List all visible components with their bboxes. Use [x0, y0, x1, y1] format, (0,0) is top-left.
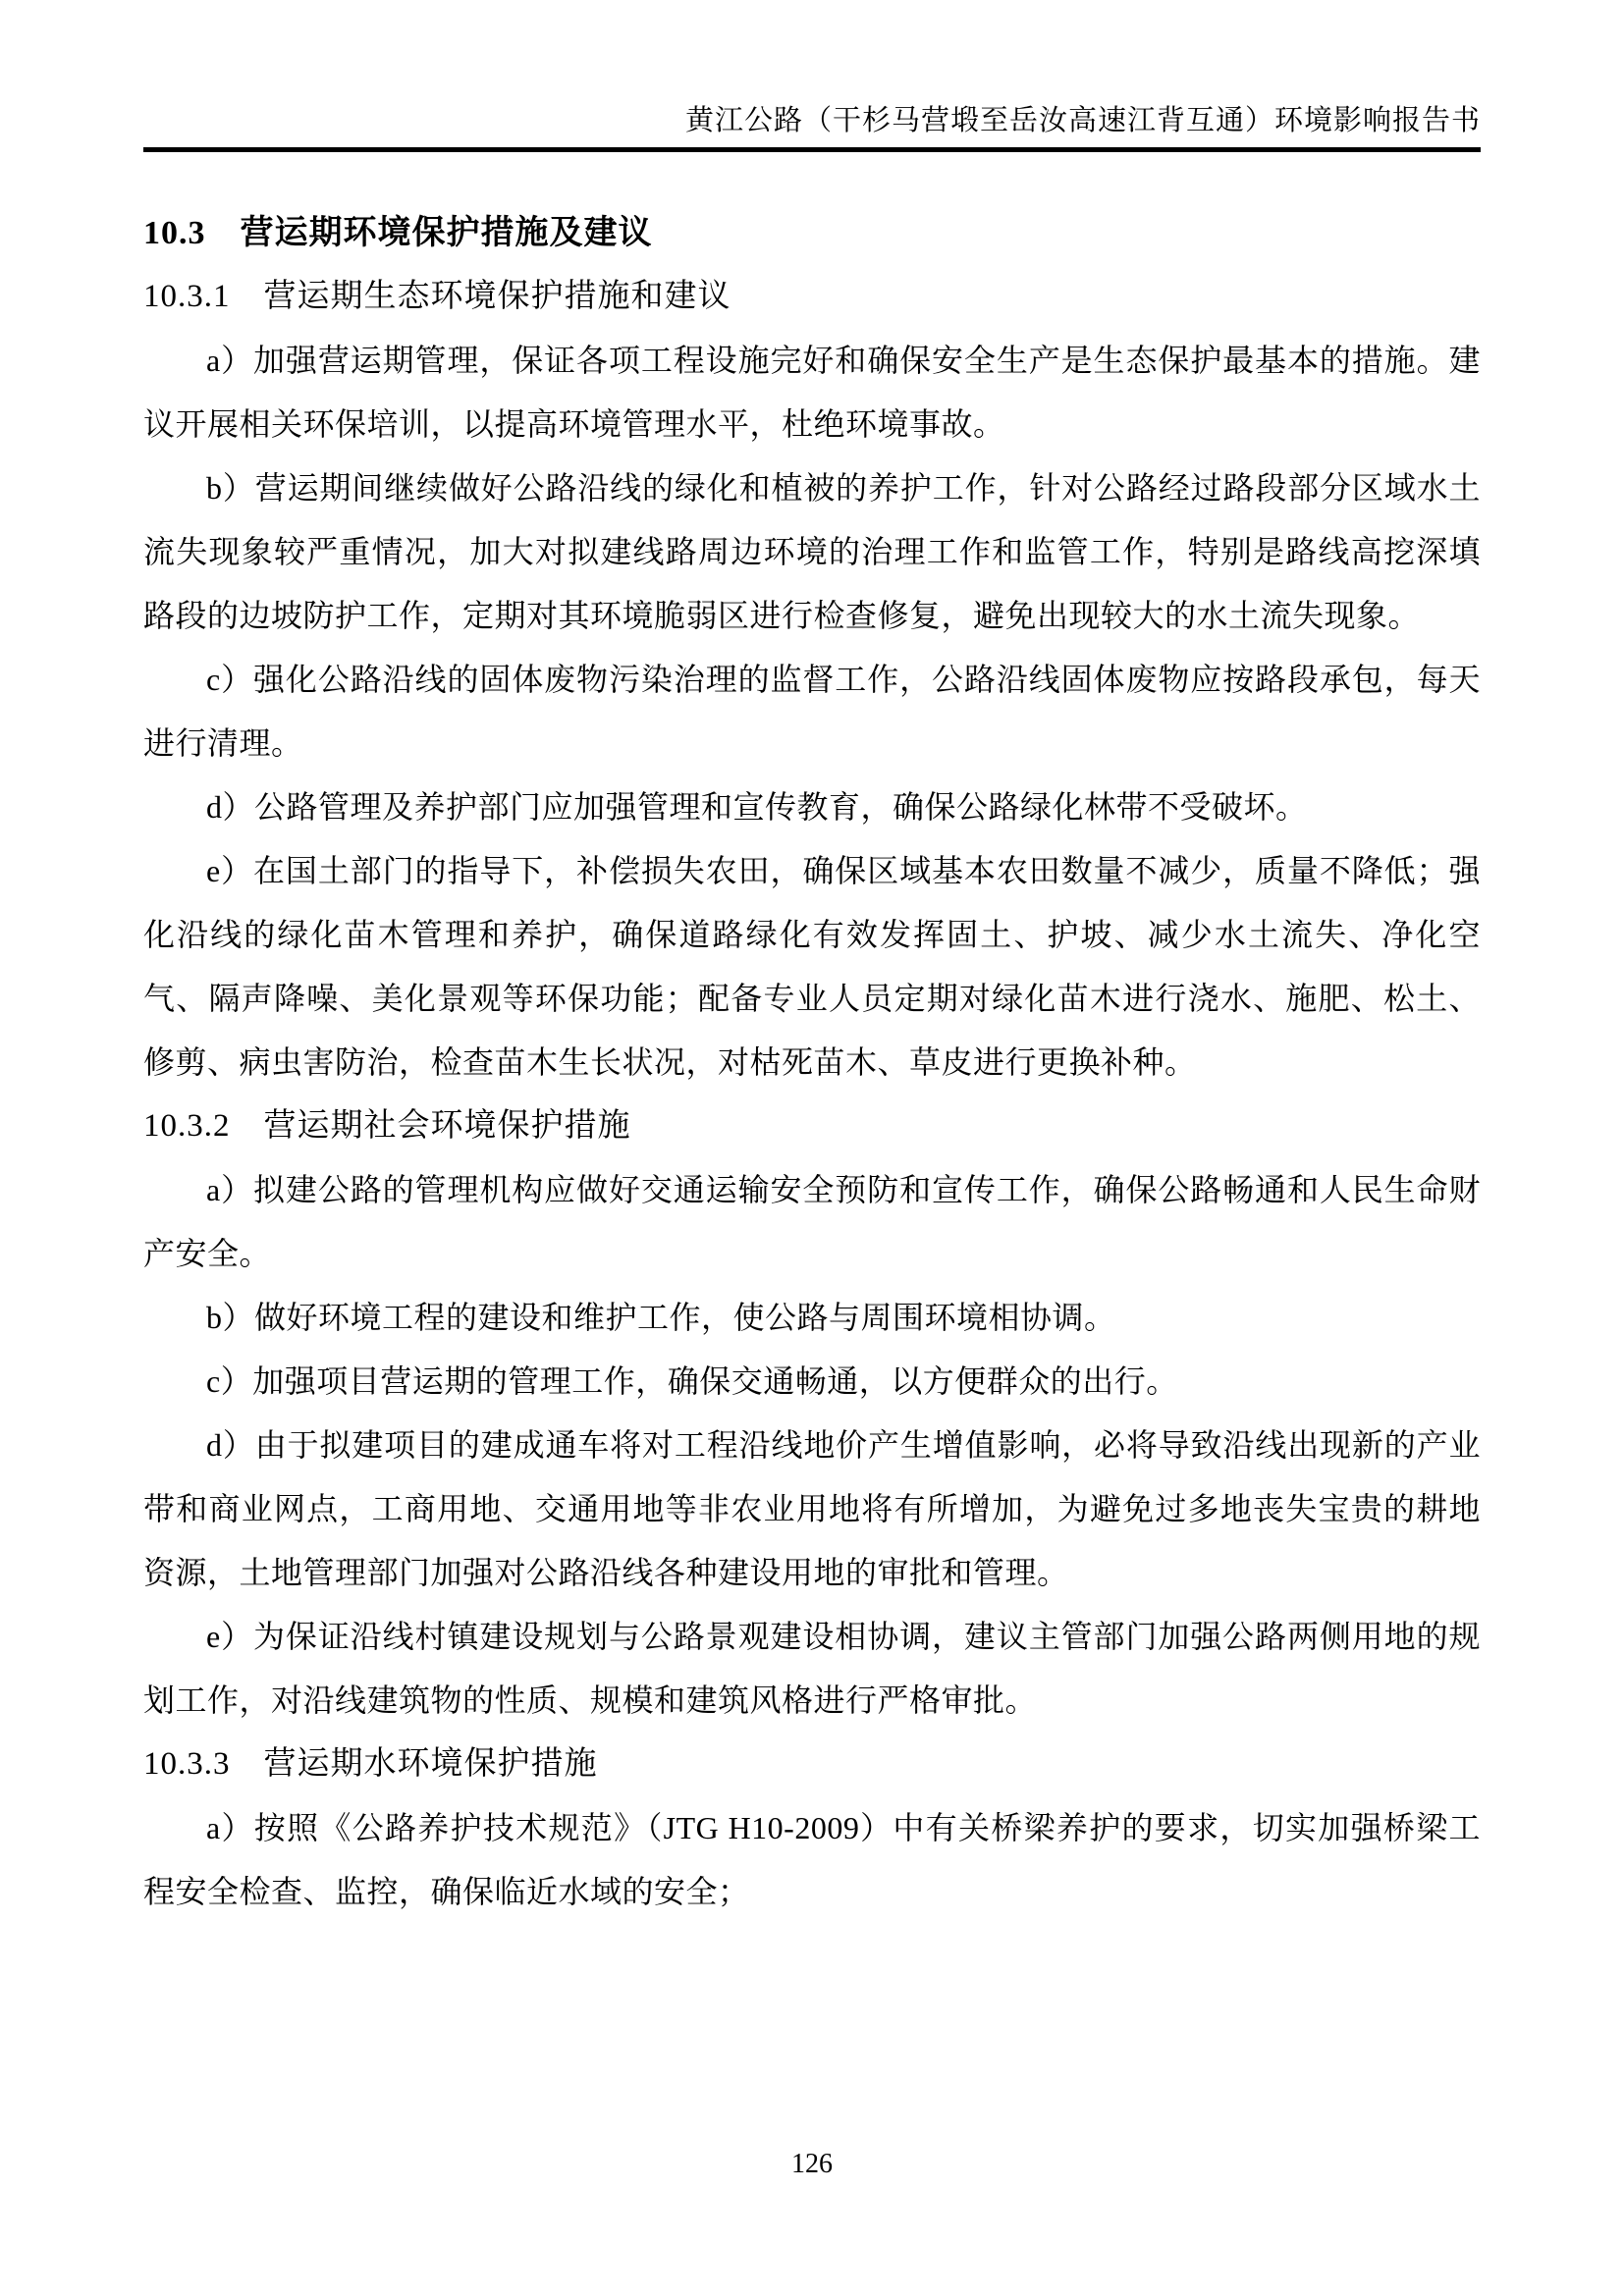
paragraph: a）加强营运期管理，保证各项工程设施完好和确保安全生产是生态保护最基本的措施。建…	[143, 329, 1481, 456]
paragraph: a）拟建公路的管理机构应做好交通运输安全预防和宣传工作，确保公路畅通和人民生命财…	[143, 1158, 1481, 1286]
header-title: 黄江公路（干杉马营塅至岳汝高速江背互通）环境影响报告书	[685, 105, 1481, 136]
paragraph: d）由于拟建项目的建成通车将对工程沿线地价产生增值影响，必将导致沿线出现新的产业…	[143, 1414, 1481, 1605]
paragraph: d）公路管理及养护部门应加强管理和宣传教育，确保公路绿化林带不受破坏。	[143, 775, 1481, 839]
paragraph: c）加强项目营运期的管理工作，确保交通畅通，以方便群众的出行。	[143, 1350, 1481, 1414]
document-content: 10.3 营运期环境保护措施及建议 10.3.1 营运期生态环境保护措施和建议 …	[143, 201, 1481, 1924]
page-header: 黄江公路（干杉马营塅至岳汝高速江背互通）环境影响报告书	[143, 102, 1481, 152]
paragraph: e）在国土部门的指导下，补偿损失农田，确保区域基本农田数量不减少，质量不降低；强…	[143, 839, 1481, 1095]
page-footer: 126	[0, 2148, 1624, 2181]
document-page: 黄江公路（干杉马营塅至岳汝高速江背互通）环境影响报告书 10.3 营运期环境保护…	[0, 0, 1624, 2296]
subsection-title-10-3-3: 10.3.3 营运期水环境保护措施	[143, 1733, 1481, 1796]
paragraph: c）强化公路沿线的固体废物污染治理的监督工作，公路沿线固体废物应按路段承包，每天…	[143, 648, 1481, 775]
subsection-title-10-3-1: 10.3.1 营运期生态环境保护措施和建议	[143, 265, 1481, 329]
paragraph: b）做好环境工程的建设和维护工作，使公路与周围环境相协调。	[143, 1286, 1481, 1350]
section-title: 10.3 营运期环境保护措施及建议	[143, 201, 1481, 265]
paragraph: e）为保证沿线村镇建设规划与公路景观建设相协调，建议主管部门加强公路两侧用地的规…	[143, 1605, 1481, 1733]
paragraph: a）按照《公路养护技术规范》（JTG H10-2009）中有关桥梁养护的要求，切…	[143, 1796, 1481, 1924]
paragraph: b）营运期间继续做好公路沿线的绿化和植被的养护工作，针对公路经过路段部分区域水土…	[143, 456, 1481, 648]
page-number: 126	[791, 2149, 833, 2179]
subsection-title-10-3-2: 10.3.2 营运期社会环境保护措施	[143, 1095, 1481, 1158]
